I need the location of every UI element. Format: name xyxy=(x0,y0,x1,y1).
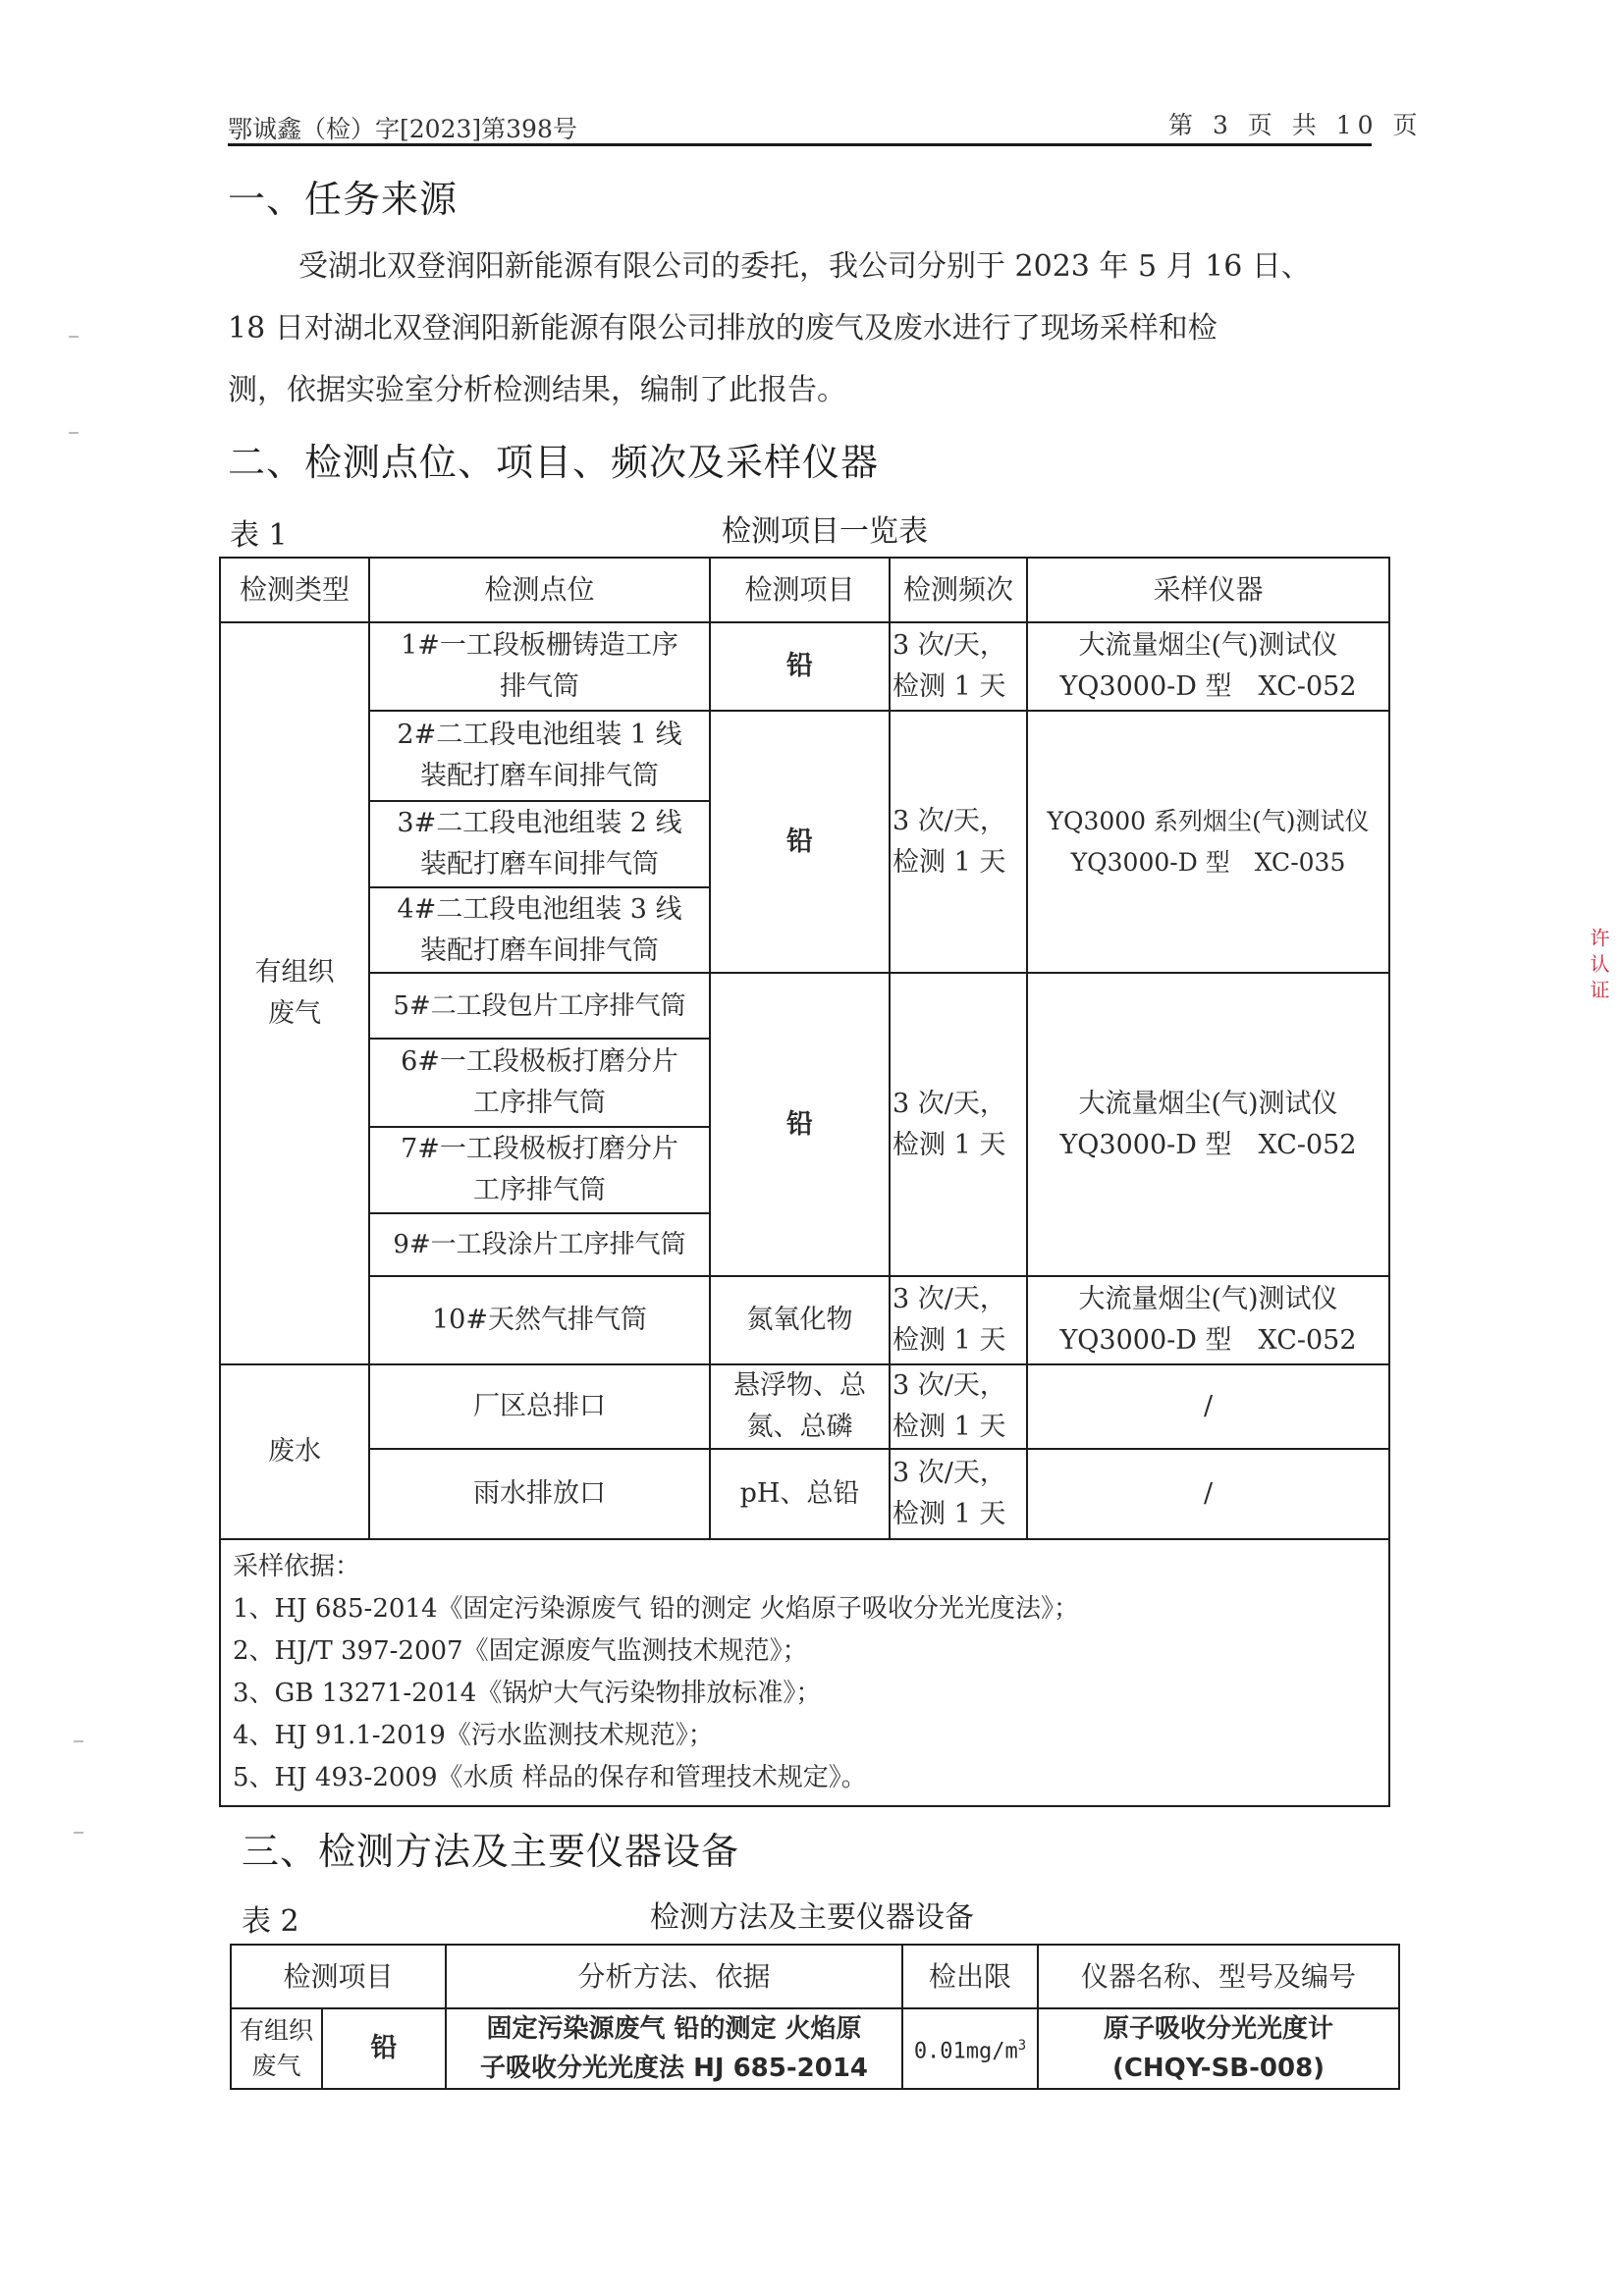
table-2-label: 表 2 xyxy=(242,1896,299,1940)
note-item: 3、GB 13271-2014《锅炉大气污染物排放标准》； xyxy=(233,1673,1377,1715)
table-row: 2#二工段电池组装 1 线 装配打磨车间排气筒 铅 3 次/天， 检测 1 天 … xyxy=(220,711,1389,801)
column-header: 检测频次 xyxy=(890,558,1027,622)
freq-line: 检测 1 天 xyxy=(893,667,1024,708)
type-cell: 有组织 废气 xyxy=(220,622,369,1364)
frequency-cell: 3 次/天， 检测 1 天 xyxy=(890,622,1027,711)
instrument-cell: YQ3000 系列烟尘(气)测试仪 YQ3000-D 型 XC-035 xyxy=(1027,711,1389,973)
frequency-cell: 3 次/天， 检测 1 天 xyxy=(890,1449,1027,1539)
point-line: 10#天然气排气筒 xyxy=(372,1300,707,1341)
item-cell: pH、总铅 xyxy=(710,1449,890,1539)
scan-mark xyxy=(69,336,79,338)
red-seal-stamp: 许 认 证 xyxy=(1598,928,1618,999)
point-cell: 10#天然气排气筒 xyxy=(369,1276,710,1364)
note-item: 4、HJ 91.1-2019《污水监测技术规范》； xyxy=(233,1715,1377,1757)
point-line: 排气筒 xyxy=(372,667,707,708)
method-line: 子吸收分光光度法 HJ 685-2014 xyxy=(449,2049,899,2088)
notes-row: 采样依据： 1、HJ 685-2014《固定污染源废气 铅的测定 火焰原子吸收分… xyxy=(220,1539,1389,1806)
instrument-line: YQ3000-D 型 XC-035 xyxy=(1030,842,1386,883)
freq-line: 检测 1 天 xyxy=(893,1407,1024,1448)
instrument-line: YQ3000 系列烟尘(气)测试仪 xyxy=(1030,801,1386,842)
freq-line: 3 次/天， xyxy=(893,1279,1024,1320)
point-line: 装配打磨车间排气筒 xyxy=(372,756,707,797)
table-row: 有组织 废气 1#一工段板栅铸造工序 排气筒 铅 3 次/天， 检测 1 天 大… xyxy=(220,622,1389,711)
type-line: 有组织 xyxy=(223,952,366,993)
item-line: 悬浮物、总 xyxy=(713,1365,887,1407)
point-line: 9#一工段涂片工序排气筒 xyxy=(372,1224,707,1265)
instrument-line: YQ3000-D 型 XC-052 xyxy=(1030,1320,1386,1362)
instrument-line: 原子吸收分光光度计 xyxy=(1041,2009,1396,2049)
instrument-line: 大流量烟尘(气)测试仪 xyxy=(1030,1084,1386,1125)
note-item: 2、HJ/T 397-2007《固定源废气监测技术规范》； xyxy=(233,1630,1377,1673)
scan-mark xyxy=(74,1832,83,1834)
section-1-title: 一、任务来源 xyxy=(228,169,458,223)
point-line: 装配打磨车间排气筒 xyxy=(372,844,707,885)
column-header: 检测项目 xyxy=(710,558,890,622)
instrument-line: YQ3000-D 型 XC-052 xyxy=(1030,667,1386,708)
freq-line: 3 次/天， xyxy=(893,801,1024,842)
type-cell: 有组织 废气 xyxy=(231,2008,322,2089)
header-divider xyxy=(228,143,1372,146)
freq-line: 检测 1 天 xyxy=(893,1494,1024,1535)
paragraph-line: 受湖北双登润阳新能源有限公司的委托，我公司分别于 2023 年 5 月 16 日… xyxy=(298,249,1311,284)
table-row: 有组织 废气 铅 固定污染源废气 铅的测定 火焰原 子吸收分光光度法 HJ 68… xyxy=(231,2008,1399,2089)
section-3-title: 三、检测方法及主要仪器设备 xyxy=(242,1821,739,1875)
method-line: 固定污染源废气 铅的测定 火焰原 xyxy=(449,2009,899,2049)
type-line: 废气 xyxy=(223,993,366,1035)
freq-line: 3 次/天， xyxy=(893,1365,1024,1407)
detection-limit-cell: 0.01mg/m3 xyxy=(902,2008,1038,2089)
type-line: 废气 xyxy=(234,2049,319,2084)
section-1-paragraph: 受湖北双登润阳新能源有限公司的委托，我公司分别于 2023 年 5 月 16 日… xyxy=(228,236,1386,421)
point-cell: 厂区总排口 xyxy=(369,1364,710,1449)
instrument-cell: 大流量烟尘(气)测试仪 YQ3000-D 型 XC-052 xyxy=(1027,1276,1389,1364)
column-header: 检测点位 xyxy=(369,558,710,622)
table-1-title: 检测项目一览表 xyxy=(722,507,928,550)
point-line: 2#二工段电池组装 1 线 xyxy=(372,715,707,756)
sampling-basis-notes: 采样依据： 1、HJ 685-2014《固定污染源废气 铅的测定 火焰原子吸收分… xyxy=(220,1539,1389,1806)
point-line: 工序排气筒 xyxy=(372,1170,707,1211)
point-cell: 6#一工段极板打磨分片 工序排气筒 xyxy=(369,1039,710,1127)
column-header: 检测类型 xyxy=(220,558,369,622)
page-info: 第 3 页 共 10 页 xyxy=(1168,106,1423,141)
instrument-cell: / xyxy=(1027,1449,1389,1539)
point-cell: 7#一工段极板打磨分片 工序排气筒 xyxy=(369,1127,710,1213)
point-line: 3#二工段电池组装 2 线 xyxy=(372,803,707,844)
instrument-line: YQ3000-D 型 XC-052 xyxy=(1030,1125,1386,1166)
item-cell: 铅 xyxy=(322,2008,446,2089)
document-number: 鄂诚鑫（检）字[2023]第398号 xyxy=(228,110,577,145)
instrument-line: 大流量烟尘(气)测试仪 xyxy=(1030,1279,1386,1320)
type-cell: 废水 xyxy=(220,1364,369,1539)
column-header: 分析方法、依据 xyxy=(446,1945,902,2008)
limit-value: 0.01mg/m xyxy=(914,2039,1018,2063)
point-cell: 2#二工段电池组装 1 线 装配打磨车间排气筒 xyxy=(369,711,710,801)
notes-title: 采样依据： xyxy=(233,1546,1377,1588)
instrument-cell: 大流量烟尘(气)测试仪 YQ3000-D 型 XC-052 xyxy=(1027,973,1389,1276)
freq-line: 检测 1 天 xyxy=(893,842,1024,883)
section-2-title: 二、检测点位、项目、频次及采样仪器 xyxy=(228,432,879,486)
freq-line: 检测 1 天 xyxy=(893,1125,1024,1166)
instrument-line: 大流量烟尘(气)测试仪 xyxy=(1030,625,1386,667)
freq-line: 检测 1 天 xyxy=(893,1320,1024,1362)
point-line: 装配打磨车间排气筒 xyxy=(372,931,707,972)
table-1-label: 表 1 xyxy=(230,510,288,554)
paragraph-line: 18 日对湖北双登润阳新能源有限公司排放的废气及废水进行了现场采样和检 xyxy=(228,297,1386,359)
note-item: 1、HJ 685-2014《固定污染源废气 铅的测定 火焰原子吸收分光光度法》； xyxy=(233,1588,1377,1630)
point-cell: 4#二工段电池组装 3 线 装配打磨车间排气筒 xyxy=(369,887,710,973)
point-cell: 5#二工段包片工序排气筒 xyxy=(369,973,710,1039)
column-header: 仪器名称、型号及编号 xyxy=(1038,1945,1399,2008)
table-header-row: 检测项目 分析方法、依据 检出限 仪器名称、型号及编号 xyxy=(231,1945,1399,2008)
item-cell: 铅 xyxy=(710,711,890,973)
frequency-cell: 3 次/天， 检测 1 天 xyxy=(890,1276,1027,1364)
point-cell: 雨水排放口 xyxy=(369,1449,710,1539)
paragraph-line: 测，依据实验室分析检测结果，编制了此报告。 xyxy=(228,359,1386,421)
instrument-cell: 大流量烟尘(气)测试仪 YQ3000-D 型 XC-052 xyxy=(1027,622,1389,711)
method-cell: 固定污染源废气 铅的测定 火焰原 子吸收分光光度法 HJ 685-2014 xyxy=(446,2008,902,2089)
item-cell: 铅 xyxy=(710,622,890,711)
point-line: 6#一工段极板打磨分片 xyxy=(372,1041,707,1083)
table-row: 10#天然气排气筒 氮氧化物 3 次/天， 检测 1 天 大流量烟尘(气)测试仪… xyxy=(220,1276,1389,1364)
point-line: 工序排气筒 xyxy=(372,1083,707,1124)
frequency-cell: 3 次/天， 检测 1 天 xyxy=(890,1364,1027,1449)
table-row: 雨水排放口 pH、总铅 3 次/天， 检测 1 天 / xyxy=(220,1449,1389,1539)
point-line: 1#一工段板栅铸造工序 xyxy=(372,625,707,667)
note-item: 5、HJ 493-2009《水质 样品的保存和管理技术规定》。 xyxy=(233,1757,1377,1799)
point-cell: 1#一工段板栅铸造工序 排气筒 xyxy=(369,622,710,711)
item-cell: 悬浮物、总 氮、总磷 xyxy=(710,1364,890,1449)
table-row: 5#二工段包片工序排气筒 铅 3 次/天， 检测 1 天 大流量烟尘(气)测试仪… xyxy=(220,973,1389,1039)
point-line: 4#二工段电池组装 3 线 xyxy=(372,889,707,931)
freq-line: 3 次/天， xyxy=(893,1084,1024,1125)
scan-mark xyxy=(74,1740,83,1742)
limit-superscript: 3 xyxy=(1018,2038,1026,2054)
instrument-cell: / xyxy=(1027,1364,1389,1449)
frequency-cell: 3 次/天， 检测 1 天 xyxy=(890,973,1027,1276)
table-1: 检测类型 检测点位 检测项目 检测频次 采样仪器 有组织 废气 1#一工段板栅铸… xyxy=(219,557,1390,1807)
column-header: 检出限 xyxy=(902,1945,1038,2008)
column-header: 采样仪器 xyxy=(1027,558,1389,622)
freq-line: 3 次/天， xyxy=(893,625,1024,667)
item-cell: 氮氧化物 xyxy=(710,1276,890,1364)
item-line: 氮、总磷 xyxy=(713,1407,887,1448)
table-2: 检测项目 分析方法、依据 检出限 仪器名称、型号及编号 有组织 废气 铅 固定污… xyxy=(230,1944,1400,2090)
freq-line: 3 次/天， xyxy=(893,1453,1024,1494)
frequency-cell: 3 次/天， 检测 1 天 xyxy=(890,711,1027,973)
scan-mark xyxy=(69,432,79,434)
instrument-line: (CHQY-SB-008) xyxy=(1041,2049,1396,2088)
table-2-title: 检测方法及主要仪器设备 xyxy=(650,1893,974,1936)
table-header-row: 检测类型 检测点位 检测项目 检测频次 采样仪器 xyxy=(220,558,1389,622)
point-line: 7#一工段极板打磨分片 xyxy=(372,1129,707,1170)
instrument-cell: 原子吸收分光光度计 (CHQY-SB-008) xyxy=(1038,2008,1399,2089)
point-cell: 9#一工段涂片工序排气筒 xyxy=(369,1213,710,1276)
point-cell: 3#二工段电池组装 2 线 装配打磨车间排气筒 xyxy=(369,801,710,887)
point-line: 5#二工段包片工序排气筒 xyxy=(372,986,707,1027)
table-row: 废水 厂区总排口 悬浮物、总 氮、总磷 3 次/天， 检测 1 天 / xyxy=(220,1364,1389,1449)
type-line: 有组织 xyxy=(234,2013,319,2049)
column-header: 检测项目 xyxy=(231,1945,446,2008)
item-cell: 铅 xyxy=(710,973,890,1276)
